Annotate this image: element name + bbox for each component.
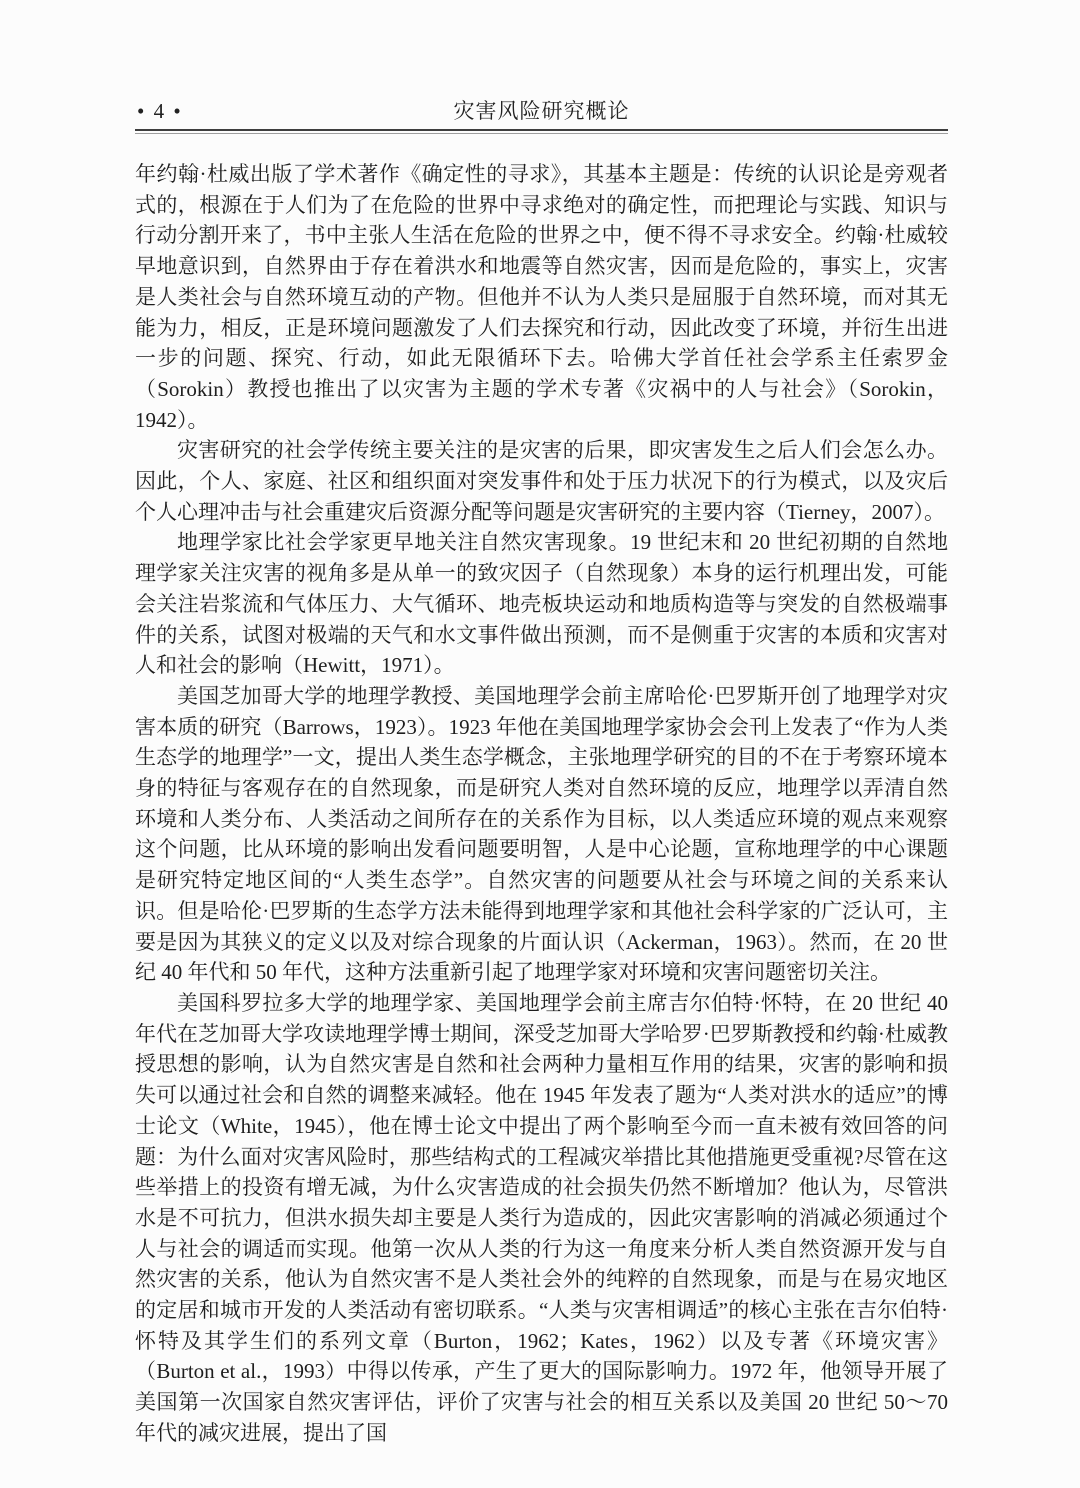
paragraph: 灾害研究的社会学传统主要关注的是灾害的后果，即灾害发生之后人们会怎么办。因此，个… [135, 435, 948, 527]
page-number: • 4 • [137, 98, 183, 124]
running-title: 灾害风险研究概论 [135, 98, 948, 124]
page-header: • 4 • 灾害风险研究概论 [135, 98, 948, 124]
page-body: 年约翰·杜威出版了学术著作《确定性的寻求》，其基本主题是：传统的认识论是旁观者式… [135, 159, 948, 1449]
book-page: • 4 • 灾害风险研究概论 年约翰·杜威出版了学术著作《确定性的寻求》，其基本… [0, 0, 1080, 1488]
paragraph: 美国科罗拉多大学的地理学家、美国地理学会前主席吉尔伯特·怀特，在 20 世纪 4… [135, 988, 948, 1449]
paragraph: 地理学家比社会学家更早地关注自然灾害现象。19 世纪末和 20 世纪初期的自然地… [135, 527, 948, 681]
header-rule [135, 129, 948, 134]
paragraph: 美国芝加哥大学的地理学教授、美国地理学会前主席哈伦·巴罗斯开创了地理学对灾害本质… [135, 681, 948, 988]
paragraph: 年约翰·杜威出版了学术著作《确定性的寻求》，其基本主题是：传统的认识论是旁观者式… [135, 159, 948, 435]
